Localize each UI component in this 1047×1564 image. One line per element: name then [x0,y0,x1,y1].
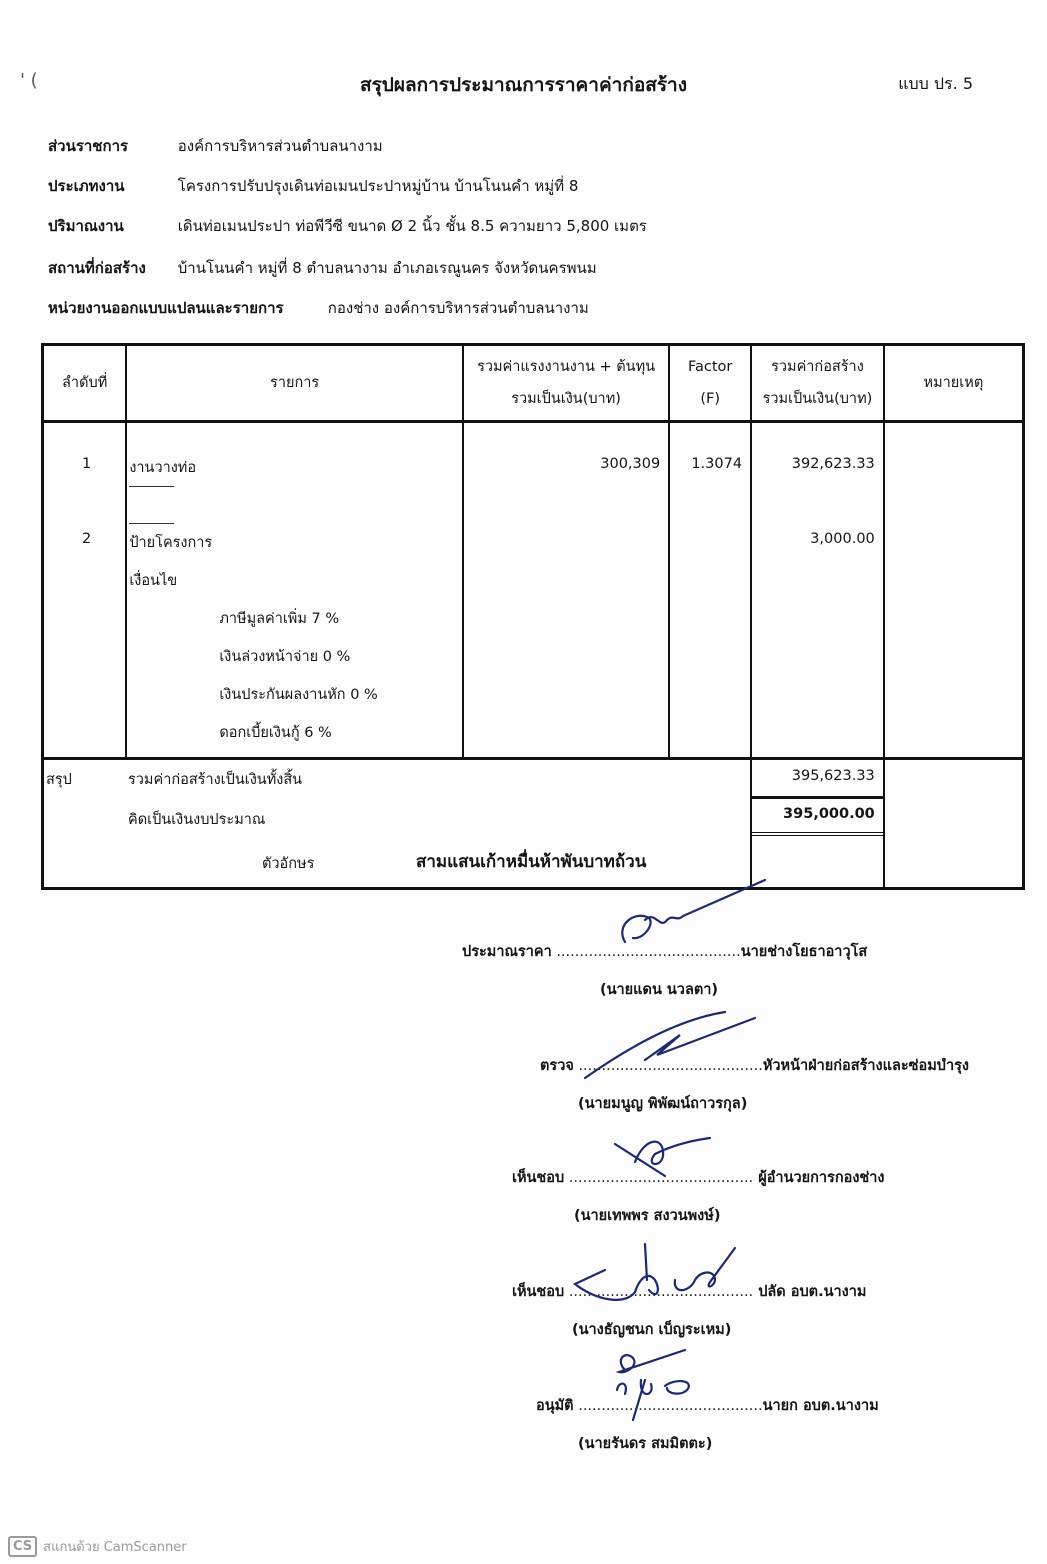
info-label: สถานที่ก่อสร้าง [48,256,173,280]
budget-value: 395,000.00 [783,806,875,822]
sig-role: หัวหน้าฝ่ายก่อสร้างและซ่อมบำรุง [763,1058,969,1074]
sig-role: นายก อบต.นางาม [763,1398,879,1414]
sig-name-deputy: (นางธัญชนก เบ็ญระเหม) [572,1318,731,1341]
sig-name-director: (นายเทพพร สงวนพงษ์) [574,1204,720,1227]
signature-mark-icon [615,880,775,960]
sig-label: อนุมัติ [536,1398,574,1414]
signature-mark-icon [605,1350,725,1430]
info-label: ปริมาณงาน [48,214,173,238]
info-quantity: ปริมาณงาน เดินท่อเมนประปา ท่อพีวีซี ขนาด… [48,214,647,238]
summary-label: สรุป [46,768,72,791]
estimate-table: ลำดับที่ รายการ รวมค่าแรงงานงาน + ต้นทุน… [41,343,1025,890]
info-label: ส่วนราชการ [48,134,173,158]
header-total-line1: รวมค่าก่อสร้าง [758,351,877,383]
table-header-row: ลำดับที่ รายการ รวมค่าแรงงานงาน + ต้นทุน… [43,345,1024,422]
info-value: เดินท่อเมนประปา ท่อพีวีซี ขนาด Ø 2 นิ้ว … [178,214,647,238]
sig-name-estimator: (นายแดน นวลตา) [600,978,718,1001]
col-total: 392,623.33 3,000.00 [751,422,884,759]
condition-vat: ภาษีมูลค่าเพิ่ม 7 % [219,607,339,630]
info-designer: หน่วยงานออกแบบแปลนและรายการ กองช่าง องค์… [48,296,589,320]
divider [752,796,883,799]
info-work-type: ประเภทงาน โครงการปรับปรุงเดินท่อเมนประปา… [48,174,578,198]
info-value: บ้านโนนคำ หมู่ที่ 8 ตำบลนางาม อำเภอเรณูน… [178,256,597,280]
divider [752,832,883,836]
header-cost-line1: รวมค่าแรงงานงาน + ต้นทุน [470,351,662,383]
watermark-text: สแกนด้วย CamScanner [43,1536,186,1557]
camscanner-watermark: CS สแกนด้วย CamScanner [8,1536,187,1557]
row-1-item: งานวางท่อ [129,456,196,479]
sig-name-mayor: (นายรันดร สมมิตตะ) [578,1432,712,1455]
sig-label: เห็นชอบ [512,1284,564,1300]
in-words-label: ตัวอักษร [262,852,314,875]
in-words-value: สามแสนเก้าหมื่นห้าพันบาทถ้วน [416,848,646,875]
row-2-item: ป้ายโครงการ [129,531,212,554]
form-code: แบบ ปร. 5 [898,72,973,97]
row-1-factor: 1.3074 [691,456,742,472]
header-cost-line2: รวมเป็นเงิน(บาท) [470,383,662,415]
budget-label: คิดเป็นเงินงบประมาณ [128,808,265,831]
signature-mark-icon [615,1136,715,1186]
sig-label: เห็นชอบ [512,1170,564,1186]
condition-advance: เงินล่วงหน้าจ่าย 0 % [219,645,350,668]
grand-total-label: รวมค่าก่อสร้างเป็นเงินทั้งสิ้น [128,768,302,791]
header-factor: Factor (F) [669,345,751,422]
col-remark [884,422,1024,759]
condition-retention: เงินประกันผลงานหัก 0 % [219,683,378,706]
summary-values: 395,623.33 395,000.00 [751,759,884,889]
row-2-total: 3,000.00 [810,531,875,547]
row-2-no: 2 [82,531,91,547]
sig-label: ตรวจ [540,1058,574,1074]
sig-label: ประมาณราคา [462,944,552,960]
sig-role: ปลัด อบต.นางาม [753,1284,866,1300]
conditions-label: เงื่อนไข [129,569,177,592]
col-no: 1 2 [43,422,127,759]
sig-role: ผู้อำนวยการกองช่าง [753,1170,884,1186]
col-item: งานวางท่อ ป้ายโครงการ เงื่อนไข ภาษีมูลค่… [126,422,463,759]
row-1-no: 1 [82,456,91,472]
summary-labels: สรุป รวมค่าก่อสร้างเป็นเงินทั้งสิ้น คิดเ… [43,759,752,889]
header-no: ลำดับที่ [43,345,127,422]
info-label: หน่วยงานออกแบบแปลนและรายการ [48,296,323,320]
info-value: องค์การบริหารส่วนตำบลนางาม [178,134,383,158]
divider [129,523,174,524]
row-1-cost: 300,309 [600,456,660,472]
header-item: รายการ [126,345,463,422]
col-cost: 300,309 [463,422,669,759]
table-body-row: 1 2 งานวางท่อ ป้ายโครงการ เงื่อนไข ภาษีม… [43,422,1024,759]
camscanner-icon: CS [8,1536,37,1557]
info-location: สถานที่ก่อสร้าง บ้านโนนคำ หมู่ที่ 8 ตำบล… [48,256,597,280]
header-total-line2: รวมเป็นเงิน(บาท) [758,383,877,415]
document-title: สรุปผลการประมาณการราคาค่าก่อสร้าง [0,70,1047,100]
summary-row: สรุป รวมค่าก่อสร้างเป็นเงินทั้งสิ้น คิดเ… [43,759,1024,889]
condition-interest: ดอกเบี้ยเงินกู้ 6 % [219,721,332,744]
summary-remark [884,759,1024,889]
divider [129,486,174,487]
col-factor: 1.3074 [669,422,751,759]
row-1-total: 392,623.33 [792,456,875,472]
signature-mark-icon [565,1240,745,1320]
sig-name-inspector: (นายมนูญ พิพัฒน์ถาวรกุล) [578,1092,747,1115]
header-remark: หมายเหตุ [884,345,1024,422]
grand-total-value: 395,623.33 [792,768,875,784]
info-agency: ส่วนราชการ องค์การบริหารส่วนตำบลนางาม [48,134,383,158]
info-value: กองช่าง องค์การบริหารส่วนตำบลนางาม [328,296,589,320]
header-total: รวมค่าก่อสร้าง รวมเป็นเงิน(บาท) [751,345,884,422]
header-cost: รวมค่าแรงงานงาน + ต้นทุน รวมเป็นเงิน(บาท… [463,345,669,422]
info-label: ประเภทงาน [48,174,173,198]
info-value: โครงการปรับปรุงเดินท่อเมนประปาหมู่บ้าน บ… [178,174,579,198]
signature-mark-icon [585,1010,765,1080]
